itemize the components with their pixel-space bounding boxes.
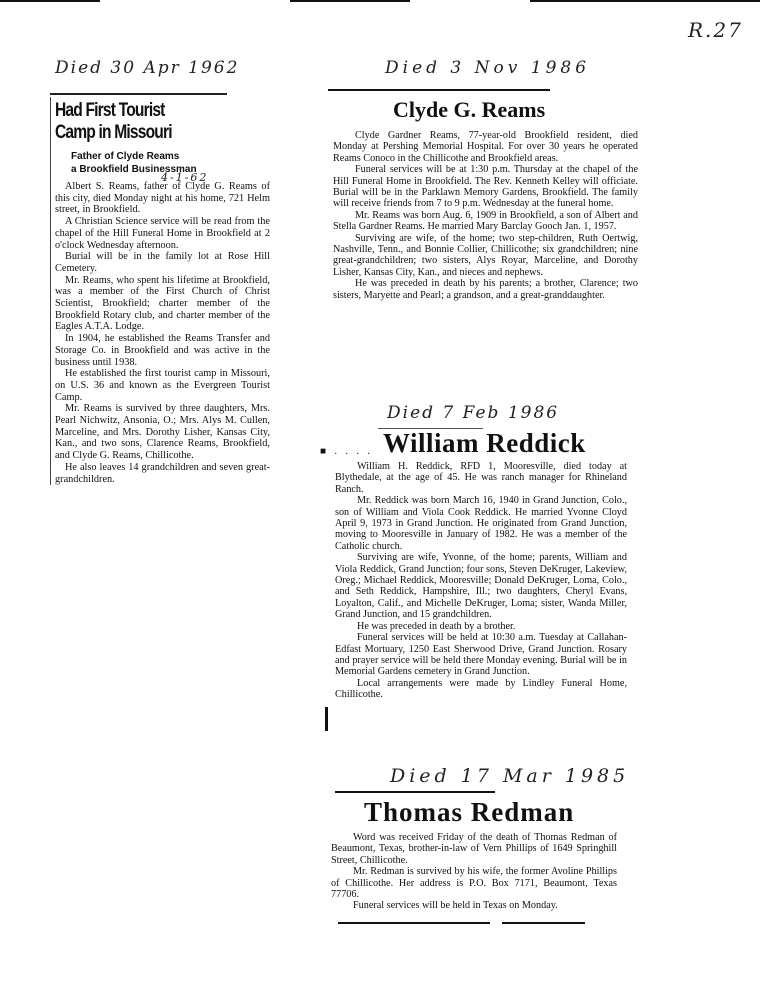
thomas-bottom-rule-right	[502, 922, 585, 924]
william-paragraph: Mr. Reddick was born March 16, 1940 in G…	[335, 495, 627, 552]
william-paragraph: He was preceded in death by a brother.	[335, 621, 627, 632]
top-edge-rule-far-right	[530, 0, 760, 2]
albert-paragraph: A Christian Science service will be read…	[55, 216, 270, 251]
thomas-bottom-rule-left	[338, 922, 490, 924]
clyde-paragraph: Mr. Reams was born Aug. 6, 1909 in Brook…	[333, 210, 638, 233]
william-handwritten-date: Died 7 Feb 1986	[387, 403, 559, 423]
albert-body: Albert S. Reams, father of Clyde G. Ream…	[55, 181, 270, 485]
albert-paragraph: Burial will be in the family lot at Rose…	[55, 251, 270, 274]
albert-handwritten-date: Died 30 Apr 1962	[55, 58, 239, 78]
top-edge-rule-left	[0, 0, 100, 2]
page-number-note: R.27	[688, 18, 743, 42]
thomas-handwritten-date: Died 17 Mar 1985	[390, 765, 629, 787]
william-dots: ■ . . . .	[320, 446, 373, 457]
clyde-paragraph: He was preceded in death by his parents;…	[333, 278, 638, 301]
william-paragraph: Local arrangements were made by Lindley …	[335, 678, 627, 701]
clyde-top-rule	[328, 89, 550, 91]
albert-headline-line-2: Camp in Missouri	[55, 122, 268, 144]
thomas-headline: Thomas Redman	[364, 797, 574, 828]
thomas-paragraph: Word was received Friday of the death of…	[331, 832, 617, 866]
albert-paragraph: Mr. Reams is survived by three daughters…	[55, 403, 270, 462]
william-headline: William Reddick	[383, 428, 586, 459]
william-paragraph: Funeral services will be held at 10:30 a…	[335, 632, 627, 678]
clyde-paragraph: Funeral services will be at 1:30 p.m. Th…	[333, 164, 638, 210]
clyde-obituary-body: Clyde Gardner Reams, 77-year-old Brookfi…	[333, 130, 638, 301]
thomas-top-rule	[335, 791, 495, 793]
william-paragraph: Surviving are wife, Yvonne, of the home;…	[335, 552, 627, 620]
albert-paragraph: Mr. Reams, who spent his lifetime at Bro…	[55, 275, 270, 334]
top-edge-rule-right	[290, 0, 410, 2]
william-paragraph: William H. Reddick, RFD 1, Mooresville, …	[335, 461, 627, 495]
thomas-obituary-body: Word was received Friday of the death of…	[331, 832, 617, 912]
albert-top-rule	[50, 93, 227, 95]
albert-subhead-line-2-wrap: a Brookfield Businessman 4-1-62	[71, 163, 270, 176]
albert-subhead-line-1: Father of Clyde Reams	[71, 150, 270, 163]
clyde-paragraph: Surviving are wife, of the home; two ste…	[333, 233, 638, 279]
albert-headline: Had First Tourist Camp in Missouri	[55, 100, 268, 144]
clyde-paragraph: Clyde Gardner Reams, 77-year-old Brookfi…	[333, 130, 638, 164]
clyde-handwritten-date: Died 3 Nov 1986	[385, 58, 590, 78]
thomas-paragraph: Mr. Redman is survived by his wife, the …	[331, 866, 617, 900]
albert-obituary-clipping: Had First Tourist Camp in Missouri Fathe…	[50, 97, 270, 485]
albert-paragraph: He also leaves 14 grandchildren and seve…	[55, 462, 270, 485]
albert-subhead: Father of Clyde Reams a Brookfield Busin…	[71, 150, 270, 176]
clyde-headline: Clyde G. Reams	[393, 97, 545, 123]
albert-paragraph: In 1904, he established the Reams Transf…	[55, 333, 270, 368]
thomas-paragraph: Funeral services will be held in Texas o…	[331, 900, 617, 911]
william-margin-bar	[325, 707, 328, 731]
albert-headline-line-1: Had First Tourist	[55, 100, 268, 122]
william-obituary-body: William H. Reddick, RFD 1, Mooresville, …	[335, 461, 627, 701]
albert-handwritten-margin-date: 4-1-62	[161, 171, 208, 184]
albert-paragraph: Albert S. Reams, father of Clyde G. Ream…	[55, 181, 270, 216]
albert-paragraph: He established the first tourist camp in…	[55, 368, 270, 403]
